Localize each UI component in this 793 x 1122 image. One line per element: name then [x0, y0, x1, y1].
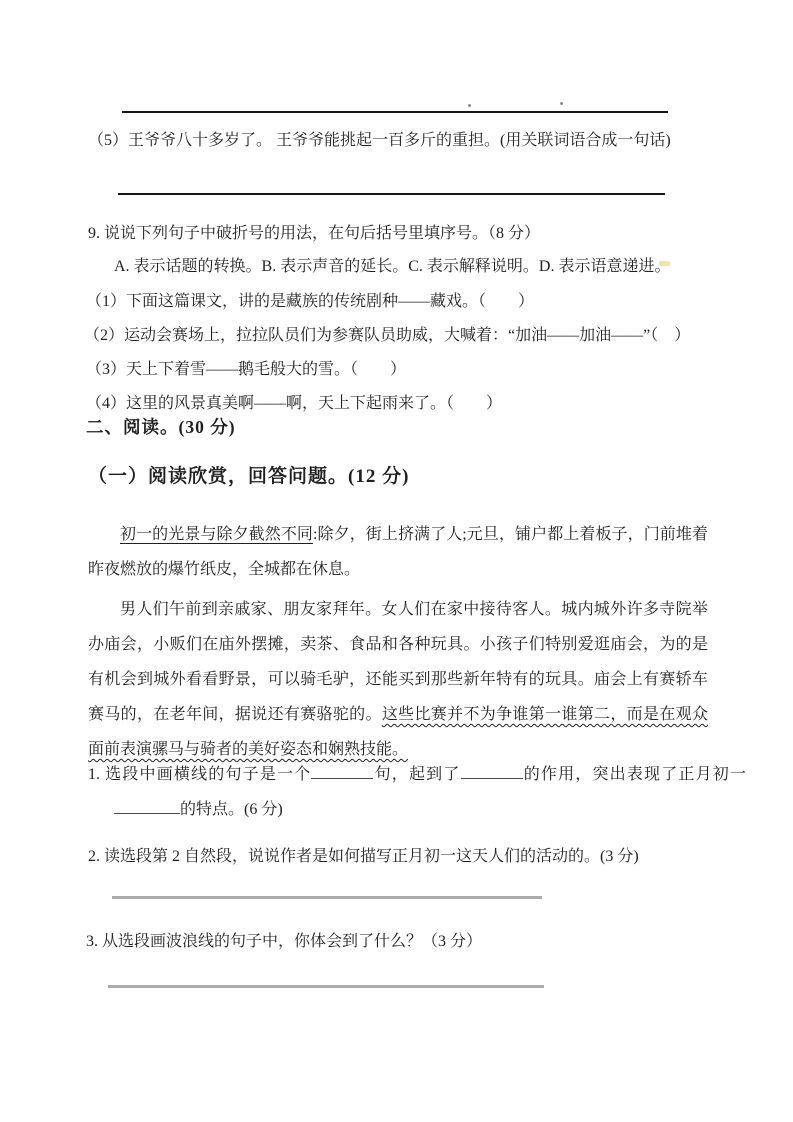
- scan-speck: [560, 102, 563, 105]
- exam-page: （5）王爷爷八十多岁了。 王爷爷能挑起一百多斤的重担。(用关联词语合成一句话) …: [0, 0, 793, 1122]
- blank-line: [311, 765, 373, 779]
- section-reading-title: 二、阅读。(30 分): [86, 416, 236, 438]
- paragraph-2-text: 男人们午前到亲戚家、朋友家拜年。女人们在家中接待客人。城内城外许多寺院举办庙会，…: [88, 601, 708, 723]
- question-9-item-3: （3）天上下着雪——鹅毛般大的雪。（ ）: [86, 359, 406, 381]
- answer-line: [108, 985, 544, 988]
- passage-paragraph-1: 初一的光景与除夕截然不同:除夕，街上挤满了人;元旦，铺户都上着板子，门前堆着昨夜…: [88, 517, 708, 587]
- scan-speck: [468, 104, 471, 107]
- blank-line: [461, 765, 523, 779]
- question-9-options: A. 表示话题的转换。B. 表示声音的延长。C. 表示解释说明。D. 表示语意递…: [114, 256, 670, 278]
- question-2: 2. 读选段第 2 自然段，说说作者是如何描写正月初一这天人们的活动的。(3 分…: [88, 846, 639, 868]
- item-5-sentence-combine: （5）王爷爷八十多岁了。 王爷爷能挑起一百多斤的重担。(用关联词语合成一句话): [88, 130, 671, 152]
- part-1-title: （一）阅读欣赏，回答问题。(12 分): [88, 466, 409, 488]
- question-1: 1. 选段中画横线的句子是一个句，起到了的作用，突出表现了正月初一的特点。(6 …: [88, 757, 746, 827]
- question-3: 3. 从选段画波浪线的句子中，你体会到了什么？（3 分）: [86, 931, 482, 953]
- question-1-text: 1. 选段中画横线的句子是一个: [88, 766, 311, 783]
- question-1-text: 的特点。(6 分): [180, 801, 283, 818]
- blank-line: [114, 800, 180, 814]
- question-1-text: 的作用，突出表现了正月初一: [523, 766, 746, 783]
- passage-paragraph-2: 男人们午前到亲戚家、朋友家拜年。女人们在家中接待客人。城内城外许多寺院举办庙会，…: [88, 592, 708, 767]
- question-9-item-4: （4）这里的风景真美啊——啊，天上下起雨来了。（ ）: [86, 393, 502, 415]
- question-9-stem: 9. 说说下列句子中破折号的用法，在句后括号里填序号。（8 分）: [88, 223, 540, 245]
- answer-line: [122, 111, 668, 113]
- question-1-text: 句，起到了: [373, 766, 460, 783]
- answer-line: [112, 896, 542, 899]
- question-9-item-2: （2）运动会赛场上，拉拉队员们为参赛队员助威，大喊着：“加油——加油——”（ ）: [84, 325, 690, 347]
- underlined-sentence: 初一的光景与除夕截然不同: [120, 526, 313, 543]
- highlight-mark: [659, 261, 670, 266]
- answer-line: [118, 193, 665, 195]
- question-9-item-1: （1）下面这篇课文，讲的是藏族的传统剧种——藏戏。（ ）: [86, 291, 534, 313]
